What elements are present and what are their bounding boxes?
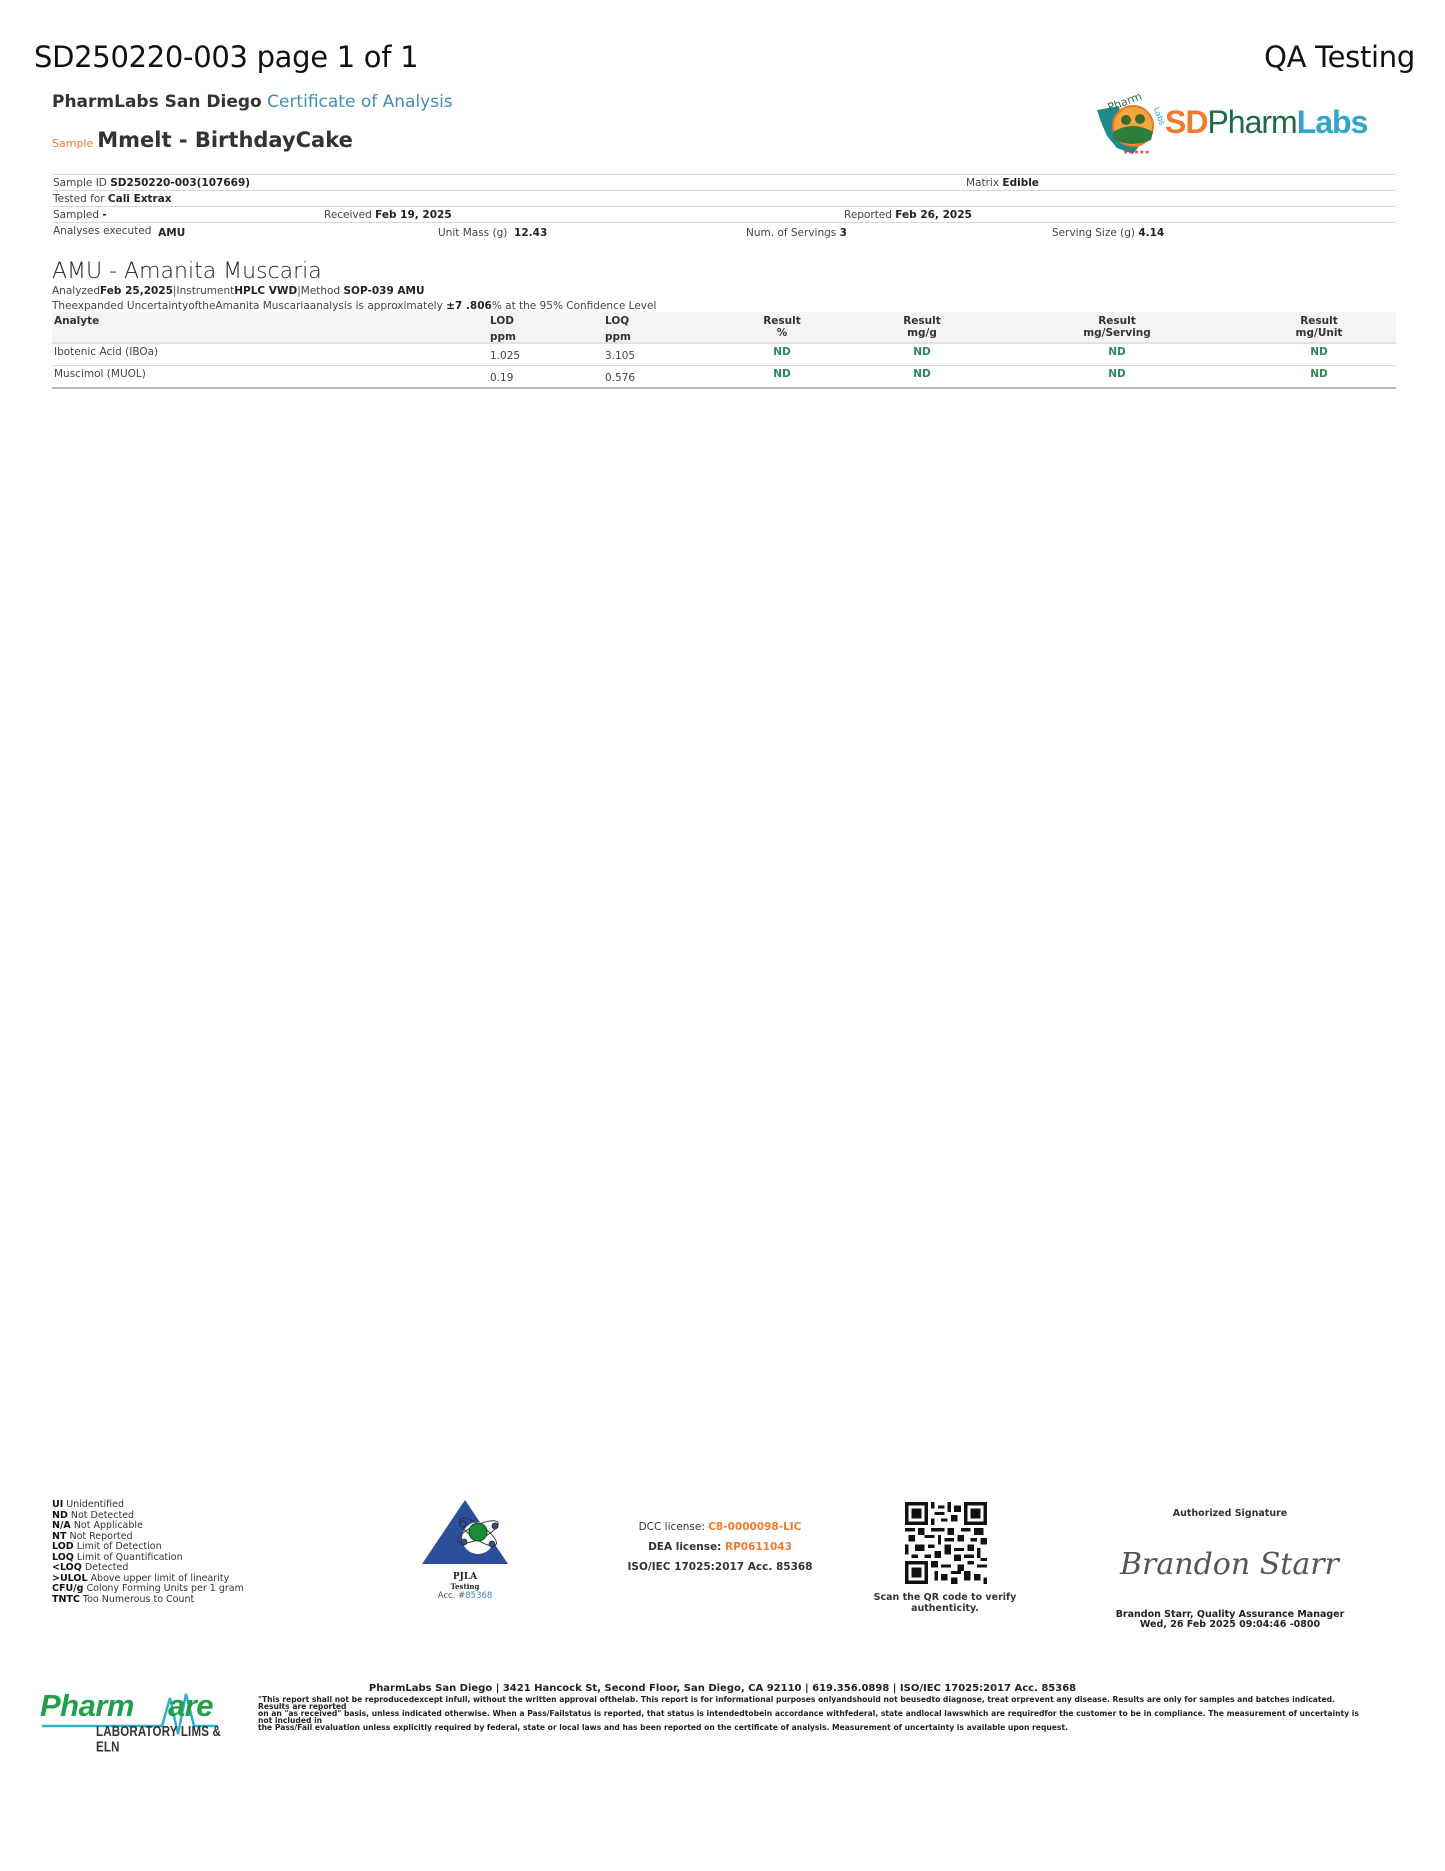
disclaimer: "This report shall not be reproducedexce… [258, 1696, 1368, 1731]
signature-image: Brandon Starr [1115, 1538, 1355, 1588]
svg-text:Brandon Starr: Brandon Starr [1119, 1547, 1341, 1582]
matrix-field: Matrix Edible [966, 177, 1039, 189]
info-row-tested-for: Tested for Cali Extrax [52, 191, 1396, 207]
lab-name: PharmLabs San Diego [52, 92, 262, 112]
loq-value: 0.576 [597, 366, 712, 389]
results-table: Analyte LODppm LOQppm Result% Resultmg/g… [52, 312, 1396, 389]
result-pct: ND [712, 366, 852, 389]
legend-item: TNTC Too Numerous to Count [52, 1595, 244, 1606]
qa-testing-title: QA Testing [1264, 40, 1415, 74]
lod-value: 0.19 [482, 366, 597, 389]
sdpharmlabs-logo: Pharm Labs ★★★★★ SDPharmLabs [1093, 88, 1393, 160]
servings-field: Num. of Servings 3 [746, 227, 847, 239]
signer-info: Brandon Starr, Quality Assurance Manager… [1110, 1610, 1350, 1630]
pharmware-subtitle: LABORATORY LIMS & ELN [96, 1724, 240, 1755]
pjla-atom-icon [420, 1498, 510, 1568]
analyte-name: Ibotenic Acid (IBOa) [52, 343, 482, 366]
info-row-sample-id: Sample ID SD250220-003(107669) Matrix Ed… [52, 175, 1396, 191]
col-lod: LODppm [482, 312, 597, 343]
authorized-signature-label: Authorized Signature [1140, 1508, 1320, 1519]
result-mg-serving: ND [992, 343, 1242, 366]
col-result-mg-serving: Resultmg/Serving [992, 312, 1242, 343]
col-loq: LOQppm [597, 312, 712, 343]
col-result-pct: Result% [712, 312, 852, 343]
dcc-license: DCC license: C8-0000098-LIC [620, 1517, 820, 1537]
document-title: SD250220-003 page 1 of 1 [34, 40, 418, 74]
section-title: AMU - Amanita Muscaria [52, 259, 322, 284]
pjla-acc: Acc. #85368 [415, 1591, 515, 1601]
result-mg-g: ND [852, 343, 992, 366]
result-mg-unit: ND [1242, 343, 1396, 366]
received-field: Received Feb 19, 2025 [324, 209, 452, 221]
col-result-mg-g: Resultmg/g [852, 312, 992, 343]
signature-timestamp: Wed, 26 Feb 2025 09:04:46 -0800 [1110, 1620, 1350, 1630]
abbreviation-legend: UI Unidentified ND Not Detected N/A Not … [52, 1500, 244, 1605]
result-mg-serving: ND [992, 366, 1242, 389]
loq-value: 3.105 [597, 343, 712, 366]
pharmware-logo: Pharmare LABORATORY LIMS & ELN [40, 1688, 240, 1748]
tested-for-field: Tested for Cali Extrax [53, 193, 172, 205]
pjla-sub: Testing [415, 1582, 515, 1591]
iso-accreditation: ISO/IEC 17025:2017 Acc. 85368 [620, 1557, 820, 1577]
uncertainty-note: Theexpanded UncertaintyoftheAmanita Musc… [52, 300, 656, 312]
result-pct: ND [712, 343, 852, 366]
pharmware-wordmark: Pharmare [40, 1688, 213, 1724]
lab-heading: PharmLabs San Diego Certificate of Analy… [52, 92, 453, 112]
col-result-mg-unit: Resultmg/Unit [1242, 312, 1396, 343]
analyses-field: Analyses executed AMU [53, 225, 185, 237]
reported-field: Reported Feb 26, 2025 [844, 209, 972, 221]
svg-text:★★★★★: ★★★★★ [1123, 149, 1150, 156]
unit-mass-field: Unit Mass (g) 12.43 [438, 227, 547, 239]
info-row-dates: Sampled - Received Feb 19, 2025 Reported… [52, 207, 1396, 223]
info-row-analyses: Analyses executed AMU Unit Mass (g) 12.4… [52, 223, 1396, 238]
sample-name: Mmelt - BirthdayCake [97, 128, 353, 152]
qr-code-icon[interactable] [905, 1502, 987, 1584]
serving-size-field: Serving Size (g) 4.14 [1052, 227, 1164, 239]
document-type: Certificate of Analysis [267, 92, 453, 112]
pjla-name: PJLA [415, 1572, 515, 1582]
logo-wordmark: SDPharmLabs [1165, 104, 1367, 141]
table-row: Muscimol (MUOL) 0.19 0.576 ND ND ND ND [52, 366, 1396, 389]
dea-license: DEA license: RP0611043 [620, 1537, 820, 1557]
table-row: Ibotenic Acid (IBOa) 1.025 3.105 ND ND N… [52, 343, 1396, 366]
sample-id-field: Sample ID SD250220-003(107669) [53, 177, 250, 189]
pjla-accreditation: PJLA Testing Acc. #85368 [415, 1498, 515, 1601]
licenses: DCC license: C8-0000098-LIC DEA license:… [620, 1517, 820, 1577]
lod-value: 1.025 [482, 343, 597, 366]
result-mg-unit: ND [1242, 366, 1396, 389]
analysis-meta: AnalyzedFeb 25,2025|InstrumentHPLC VWD|M… [52, 285, 425, 297]
table-header-row: Analyte LODppm LOQppm Result% Resultmg/g… [52, 312, 1396, 343]
qr-caption: Scan the QR code to verify authenticity. [855, 1592, 1035, 1614]
sample-label: Sample [52, 137, 93, 150]
col-analyte: Analyte [52, 312, 482, 343]
pharmlabs-badge-icon: Pharm Labs ★★★★★ [1093, 88, 1165, 160]
sample-heading: SampleMmelt - BirthdayCake [52, 128, 353, 152]
result-mg-g: ND [852, 366, 992, 389]
analyte-name: Muscimol (MUOL) [52, 366, 482, 389]
sampled-field: Sampled - [53, 209, 107, 221]
